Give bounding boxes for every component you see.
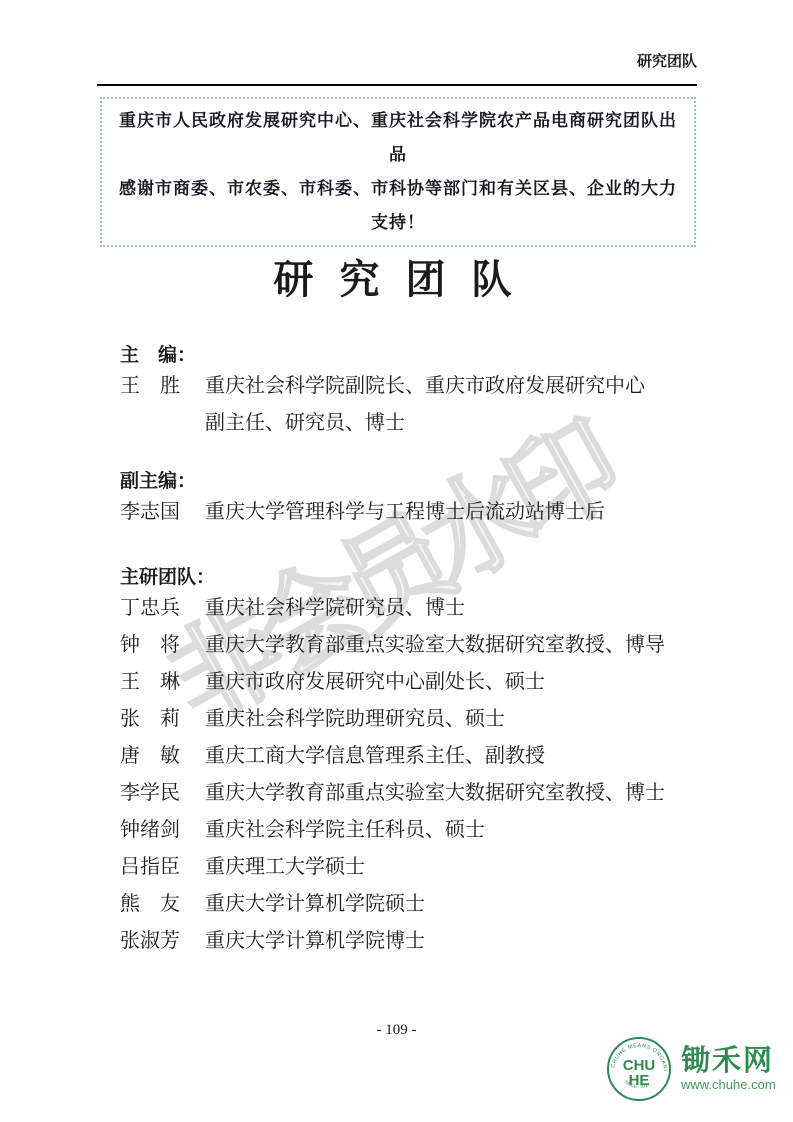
emblem-center-line-2: HE [629, 1072, 650, 1089]
member-desc: 重庆工商大学信息管理系主任、副教授 [205, 738, 700, 775]
member-desc-line-2: 副主任、研究员、博士 [205, 405, 700, 442]
section-research-team: 主研团队： 丁忠兵 重庆社会科学院研究员、博士 钟 将 重庆大学教育部重点实验室… [120, 566, 700, 960]
member-desc: 重庆社会科学院副院长、重庆市政府发展研究中心 副主任、研究员、博士 [205, 368, 700, 442]
member-desc: 重庆大学教育部重点实验室大数据研究室教授、博士 [205, 775, 700, 812]
member-row: 李学民 重庆大学教育部重点实验室大数据研究室教授、博士 [120, 775, 700, 812]
member-row: 李志国 重庆大学管理科学与工程博士后流动站博士后 [120, 494, 700, 531]
member-name: 丁忠兵 [120, 590, 205, 627]
document-title: 研 究 团 队 [0, 248, 793, 305]
member-row: 张 莉 重庆社会科学院助理研究员、硕士 [120, 701, 700, 738]
logo-site-name: 锄禾网 [681, 1046, 776, 1077]
member-name: 王 琳 [120, 664, 205, 701]
member-row: 吕指臣 重庆理工大学硕士 [120, 849, 700, 886]
document-page: 研究团队 重庆市人民政府发展研究中心、重庆社会科学院农产品电商研究团队出品 感谢… [0, 0, 793, 1122]
member-name: 钟绪剑 [120, 812, 205, 849]
member-name: 熊 友 [120, 886, 205, 923]
member-desc: 重庆市政府发展研究中心副处长、硕士 [205, 664, 700, 701]
member-name: 王 胜 [120, 368, 205, 442]
member-desc: 重庆大学教育部重点实验室大数据研究室教授、博导 [205, 627, 700, 664]
member-row: 唐 敏 重庆工商大学信息管理系主任、副教授 [120, 738, 700, 775]
member-row: 王 琳 重庆市政府发展研究中心副处长、硕士 [120, 664, 700, 701]
member-name: 唐 敏 [120, 738, 205, 775]
member-desc: 重庆社会科学院助理研究员、硕士 [205, 701, 700, 738]
member-name: 吕指臣 [120, 849, 205, 886]
member-row: 钟 将 重庆大学教育部重点实验室大数据研究室教授、博导 [120, 627, 700, 664]
logo-site-url: www.chuhe.com [681, 1077, 776, 1093]
member-desc: 重庆理工大学硕士 [205, 849, 700, 886]
member-desc-line-1: 重庆社会科学院副院长、重庆市政府发展研究中心 [205, 368, 700, 405]
section-heading: 主 编： [120, 344, 700, 368]
header-rule [97, 84, 697, 86]
member-row: 丁忠兵 重庆社会科学院研究员、博士 [120, 590, 700, 627]
notice-box: 重庆市人民政府发展研究中心、重庆社会科学院农产品电商研究团队出品 感谢市商委、市… [100, 97, 696, 247]
section-deputy-editor: 副主编： 李志国 重庆大学管理科学与工程博士后流动站博士后 [120, 470, 700, 531]
member-name: 张淑芳 [120, 923, 205, 960]
member-desc: 重庆大学计算机学院博士 [205, 923, 700, 960]
member-desc: 重庆社会科学院主任科员、硕士 [205, 812, 700, 849]
member-desc: 重庆社会科学院研究员、博士 [205, 590, 700, 627]
member-desc: 重庆大学计算机学院硕士 [205, 886, 700, 923]
member-name: 张 莉 [120, 701, 205, 738]
notice-line-2: 感谢市商委、市农委、市科委、市科协等部门和有关区县、企业的大力支持！ [112, 172, 684, 240]
member-row: 张淑芳 重庆大学计算机学院博士 [120, 923, 700, 960]
member-name: 钟 将 [120, 627, 205, 664]
chuhe-emblem-icon: CHUHE MEANS ORGANIC 3.0 SINCE : 2014 CHU… [606, 1036, 672, 1102]
member-row: 钟绪剑 重庆社会科学院主任科员、硕士 [120, 812, 700, 849]
member-row: 王 胜 重庆社会科学院副院长、重庆市政府发展研究中心 副主任、研究员、博士 [120, 368, 700, 442]
section-heading: 主研团队： [120, 566, 700, 590]
section-heading: 副主编： [120, 470, 700, 494]
chuhe-logo: CHUHE MEANS ORGANIC 3.0 SINCE : 2014 CHU… [606, 1036, 776, 1102]
member-name: 李志国 [120, 494, 205, 531]
page-header-title: 研究团队 [637, 50, 697, 71]
member-name: 李学民 [120, 775, 205, 812]
section-chief-editor: 主 编： 王 胜 重庆社会科学院副院长、重庆市政府发展研究中心 副主任、研究员、… [120, 344, 700, 442]
notice-line-1: 重庆市人民政府发展研究中心、重庆社会科学院农产品电商研究团队出品 [112, 104, 684, 172]
member-row: 熊 友 重庆大学计算机学院硕士 [120, 886, 700, 923]
logo-text-block: 锄禾网 www.chuhe.com [681, 1046, 776, 1093]
member-desc: 重庆大学管理科学与工程博士后流动站博士后 [205, 494, 700, 531]
